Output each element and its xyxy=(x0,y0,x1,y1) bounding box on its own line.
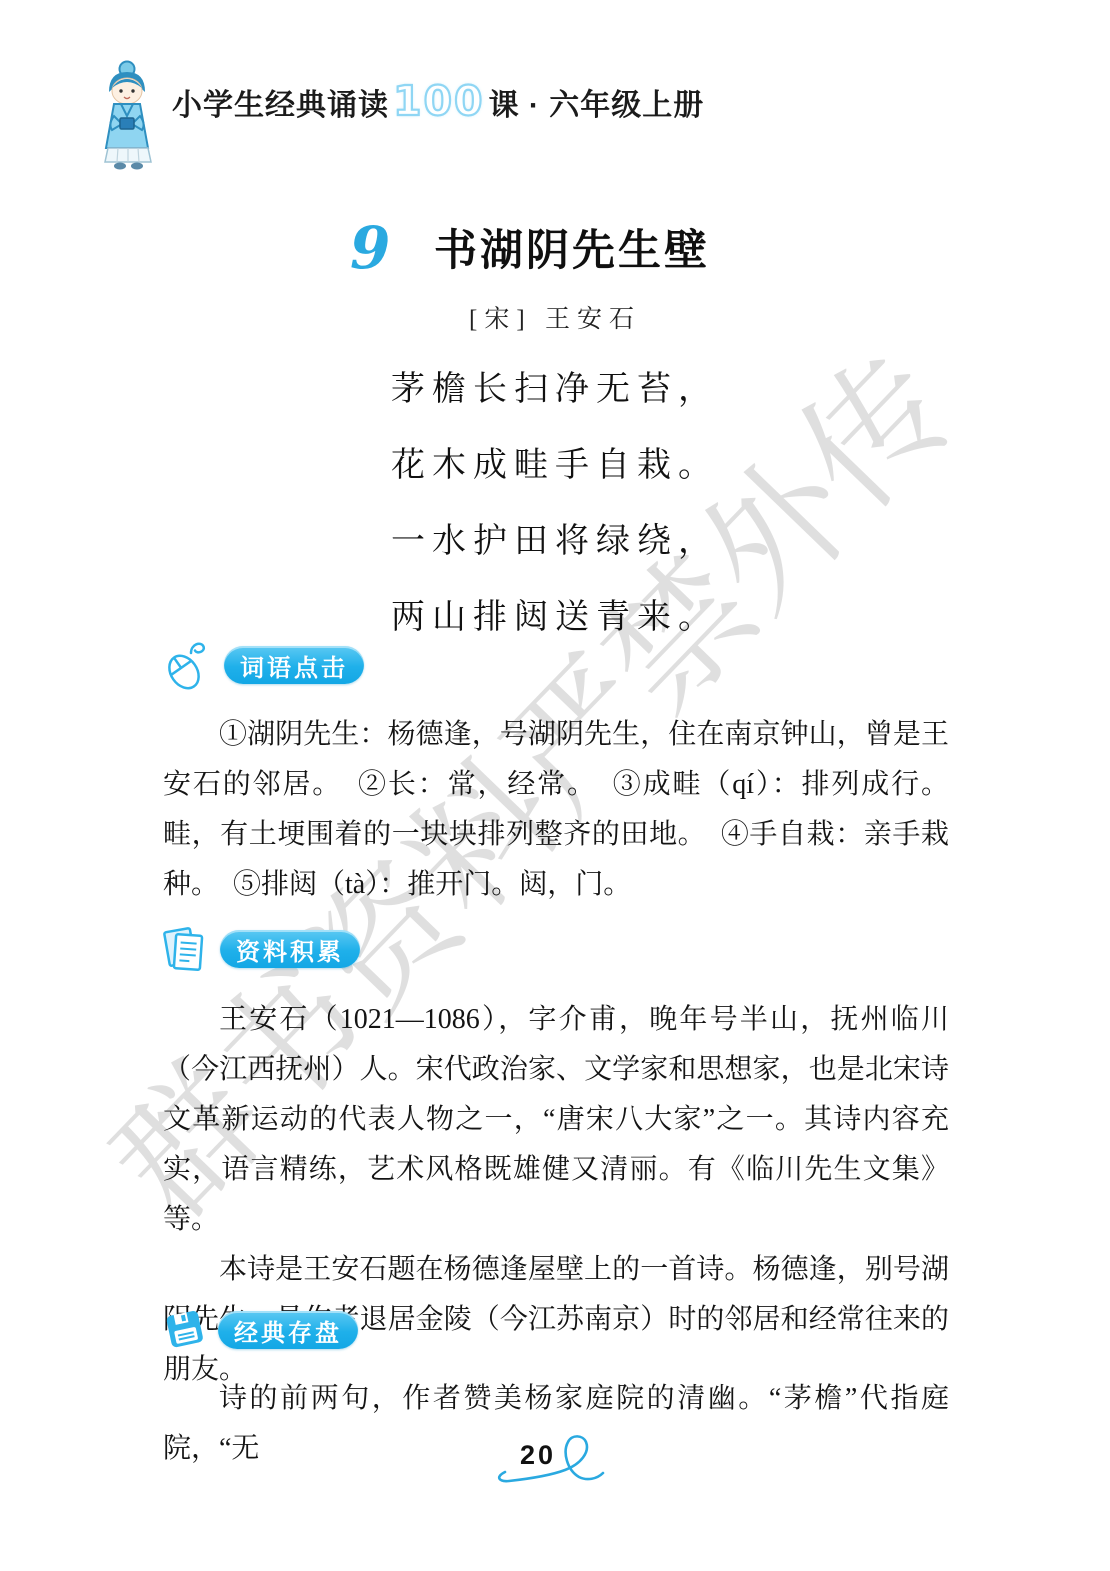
lesson-title: 书湖阴先生壁 xyxy=(434,217,710,278)
documents-icon xyxy=(160,922,212,976)
series-title-number-100: 100 xyxy=(393,77,485,125)
series-title-suffix: 课 · 六年级上册 xyxy=(489,80,705,124)
mouse-icon xyxy=(160,638,216,692)
lesson-number: 9 xyxy=(350,214,390,282)
series-title-prefix: 小学生经典诵读 xyxy=(172,80,389,124)
poem-line: 茅檐长扫净无苔， xyxy=(0,352,1110,428)
section-badge-background-info: 资料积累 xyxy=(220,930,360,968)
section-badge-word-notes: 词语点击 xyxy=(224,646,364,684)
page-number: 20 xyxy=(520,1440,556,1471)
floppy-disk-icon xyxy=(160,1305,210,1355)
poem-line: 一水护田将绿绕， xyxy=(0,504,1110,580)
page-header: 小学生经典诵读 100 课 · 六年级上册 xyxy=(96,58,704,176)
annotation-paragraph: ①湖阴先生：杨德逢，号湖阴先生，住在南京钟山，曾是王安石的邻居。 ②长：常，经常… xyxy=(163,710,949,910)
poem-author: [宋] 王安石 xyxy=(0,299,1110,335)
mascot-boy-illustration xyxy=(96,58,162,176)
textbook-page: 群书资料严禁外传 小学生经典诵读 xyxy=(0,0,1110,1571)
poem: 茅檐长扫净无苔， 花木成畦手自栽。 一水护田将绿绕， 两山排闼送青来。 xyxy=(0,352,1110,656)
section-header-background-info: 资料积累 xyxy=(160,922,360,976)
section-header-classic-save: 经典存盘 xyxy=(160,1305,358,1355)
series-title: 小学生经典诵读 100 课 · 六年级上册 xyxy=(172,78,704,126)
section-body-word-notes: ①湖阴先生：杨德逢，号湖阴先生，住在南京钟山，曾是王安石的邻居。 ②长：常，经常… xyxy=(163,710,949,910)
info-paragraph: 王安石（1021—1086），字介甫，晚年号半山，抚州临川（今江西抚州）人。宋代… xyxy=(163,995,949,1245)
section-header-word-notes: 词语点击 xyxy=(160,638,364,692)
section-badge-classic-save: 经典存盘 xyxy=(218,1311,358,1349)
poem-line: 花木成畦手自栽。 xyxy=(0,428,1110,504)
